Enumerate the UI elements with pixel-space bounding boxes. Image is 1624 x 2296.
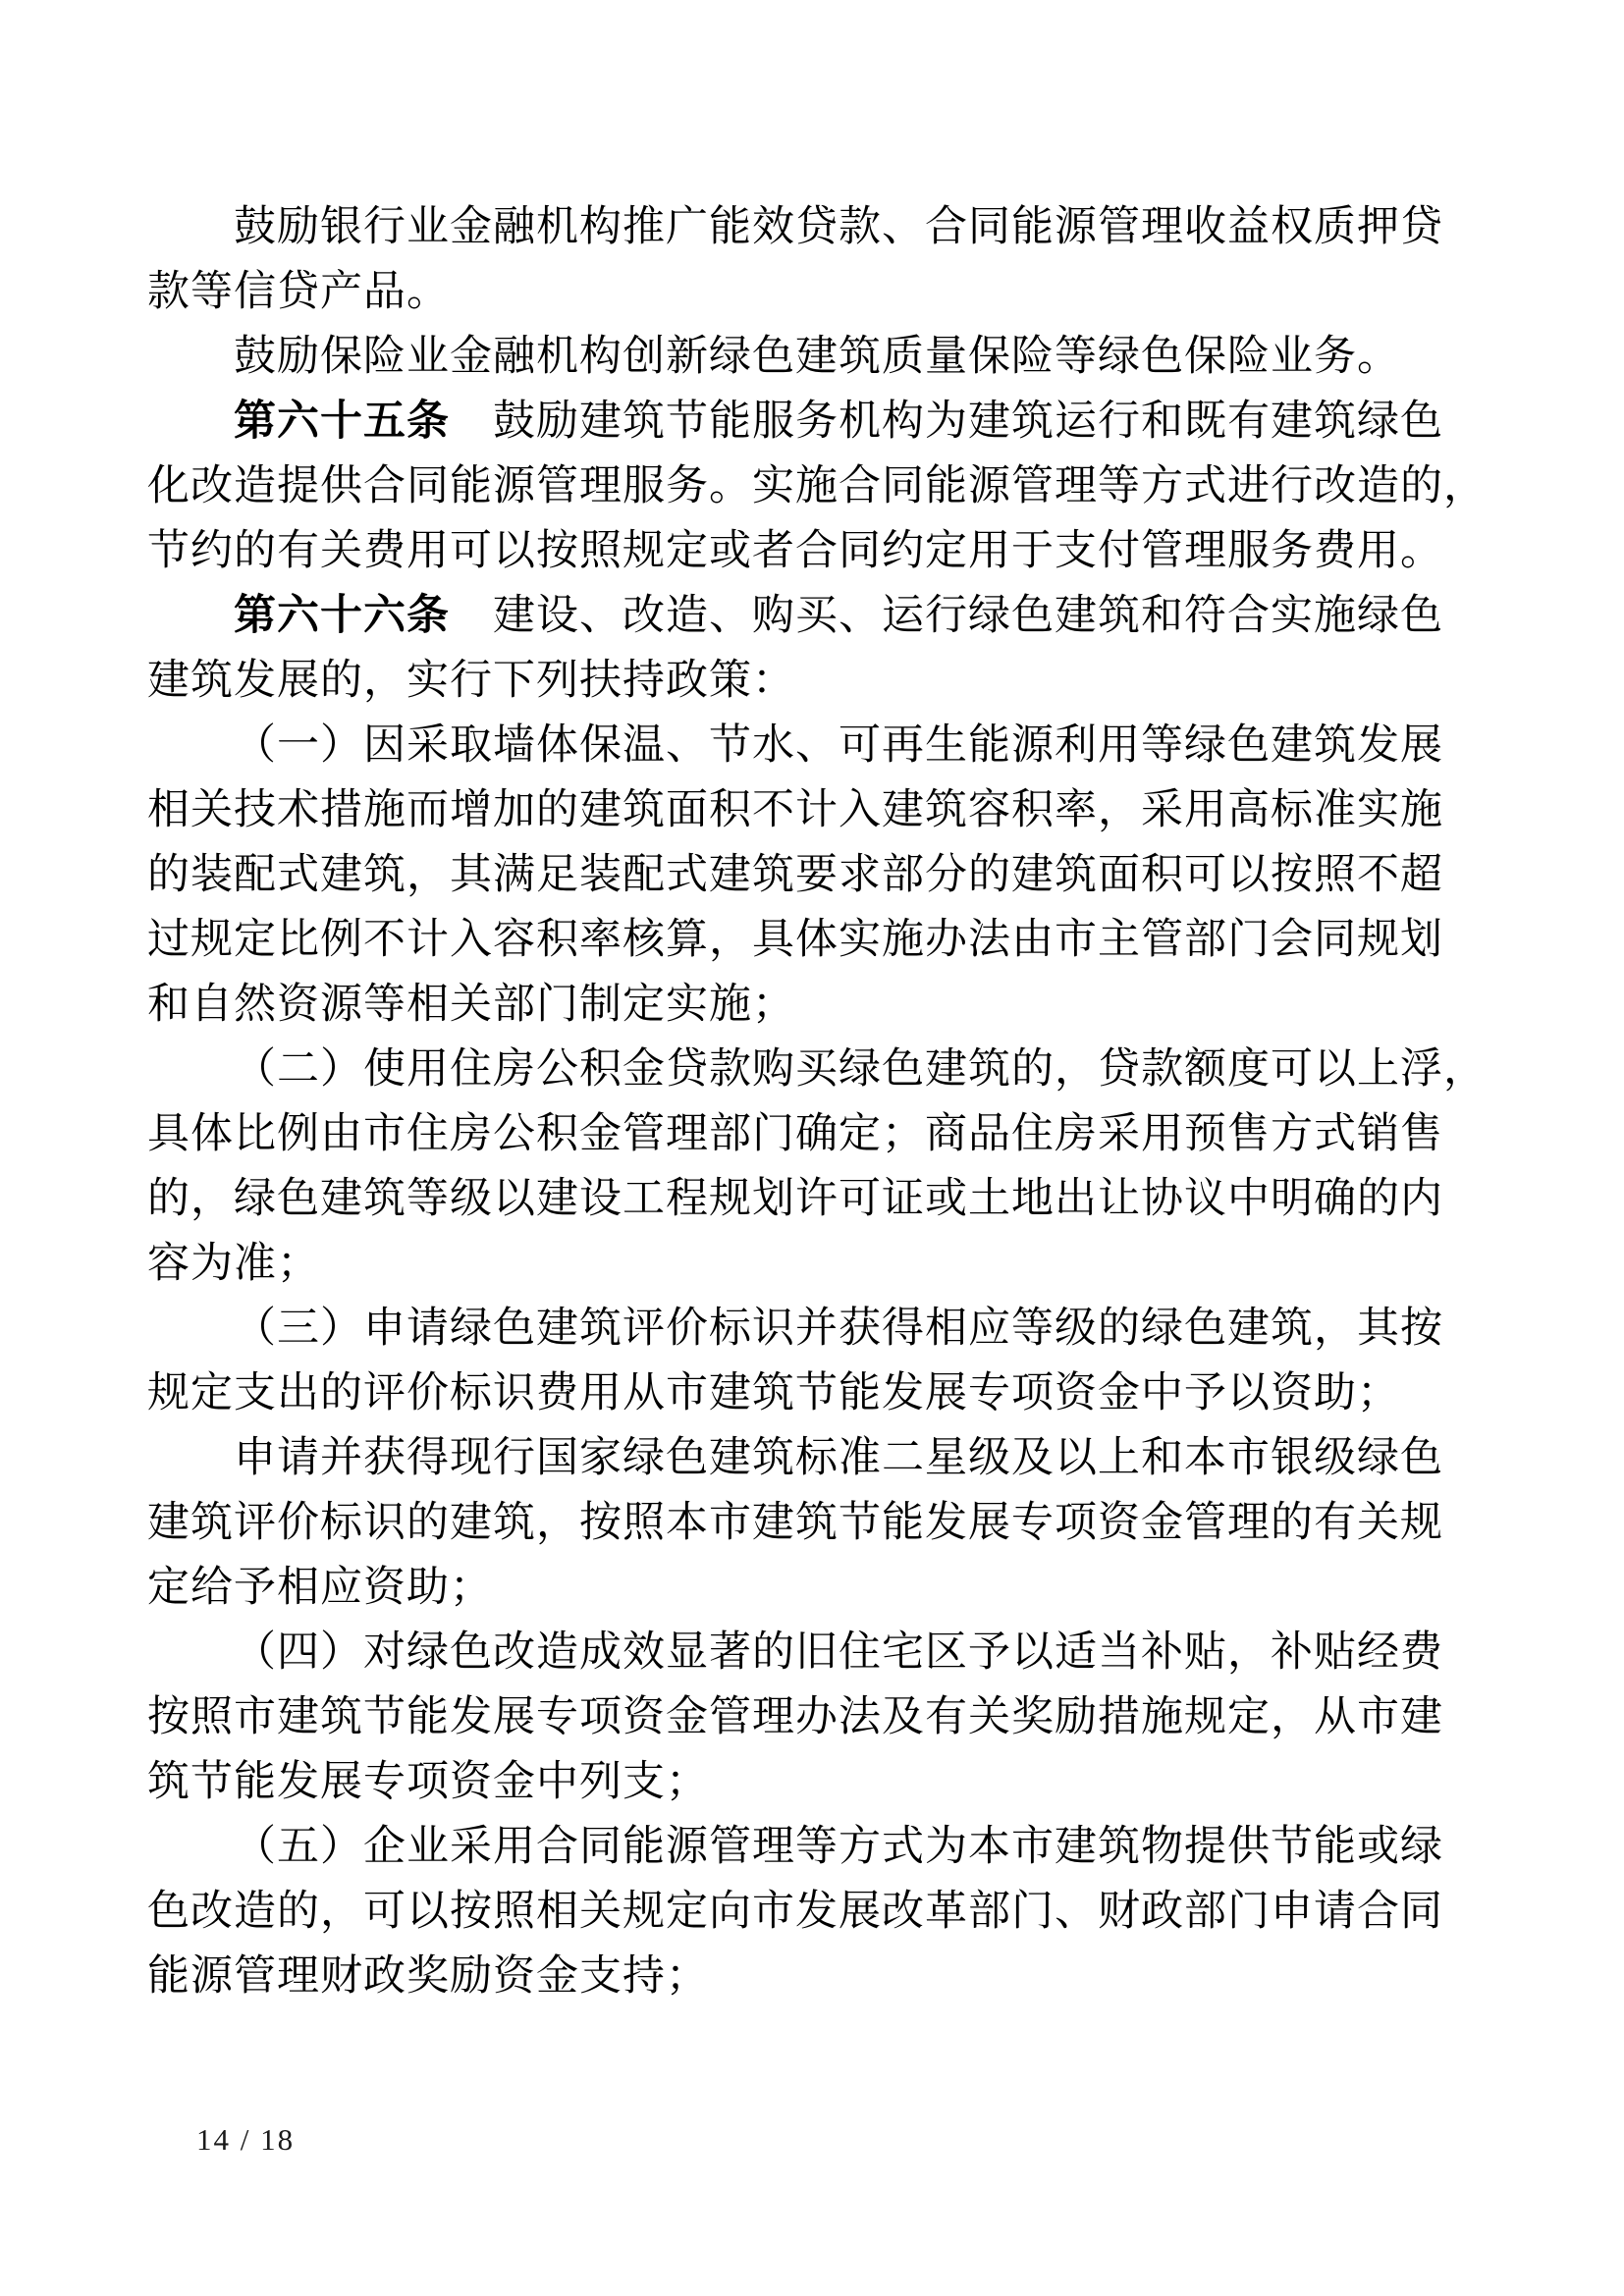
- line-text: 建设、改造、购买、运行绿色建筑和符合实施绿色: [493, 591, 1443, 640]
- document-page: 鼓励银行业金融机构推广能效贷款、合同能源管理收益权质押贷 款等信贷产品。 鼓励保…: [0, 0, 1624, 2296]
- text-line: 规定支出的评价标识费用从市建筑节能发展专项资金中予以资助；: [147, 1361, 1488, 1425]
- line-text: 鼓励建筑节能服务机构为建筑运行和既有建筑绿色: [493, 397, 1443, 446]
- article-number: 第六十五条: [234, 397, 450, 446]
- text-line: 的，绿色建筑等级以建设工程规划许可证或土地出让协议中明确的内: [147, 1166, 1488, 1231]
- line-text: 款等信贷产品。: [147, 267, 450, 316]
- line-text: （五）企业采用合同能源管理等方式为本市建筑物提供节能或绿: [234, 1822, 1443, 1871]
- line-text: 鼓励银行业金融机构推广能效贷款、合同能源管理收益权质押贷: [234, 202, 1443, 251]
- line-text: （二）使用住房公积金贷款购买绿色建筑的，贷款额度可以上浮，: [234, 1044, 1487, 1094]
- line-text: （一）因采取墙体保温、节水、可再生能源利用等绿色建筑发展: [234, 721, 1443, 770]
- line-text: 和自然资源等相关部门制定实施；: [147, 980, 795, 1029]
- text-line-item-2: （二）使用住房公积金贷款购买绿色建筑的，贷款额度可以上浮，: [147, 1037, 1488, 1101]
- text-line: 筑节能发展专项资金中列支；: [147, 1749, 1488, 1814]
- line-text: 建筑发展的，实行下列扶持政策：: [147, 656, 795, 705]
- line-text: 规定支出的评价标识费用从市建筑节能发展专项资金中予以资助；: [147, 1368, 1400, 1417]
- text-line: 能源管理财政奖励资金支持；: [147, 1944, 1488, 2008]
- line-text: 化改造提供合同能源管理服务。实施合同能源管理等方式进行改造的，: [147, 461, 1487, 510]
- text-line-item-3: （三）申请绿色建筑评价标识并获得相应等级的绿色建筑，其按: [147, 1296, 1488, 1361]
- line-text: 鼓励保险业金融机构创新绿色建筑质量保险等绿色保险业务。: [234, 332, 1400, 381]
- text-line-article-66: 第六十六条建设、改造、购买、运行绿色建筑和符合实施绿色: [147, 583, 1488, 648]
- text-line: 的装配式建筑，其满足装配式建筑要求部分的建筑面积可以按照不超: [147, 842, 1488, 907]
- line-text: 色改造的，可以按照相关规定向市发展改革部门、财政部门申请合同: [147, 1887, 1443, 1936]
- text-line-item-5: （五）企业采用合同能源管理等方式为本市建筑物提供节能或绿: [147, 1814, 1488, 1879]
- text-line-item-4: （四）对绿色改造成效显著的旧住宅区予以适当补贴，补贴经费: [147, 1620, 1488, 1684]
- text-line: 容为准；: [147, 1231, 1488, 1296]
- line-text: 过规定比例不计入容积率核算，具体实施办法由市主管部门会同规划: [147, 915, 1443, 964]
- text-line-item-1: （一）因采取墙体保温、节水、可再生能源利用等绿色建筑发展: [147, 713, 1488, 777]
- text-line: 按照市建筑节能发展专项资金管理办法及有关奖励措施规定，从市建: [147, 1684, 1488, 1749]
- line-text: 的，绿色建筑等级以建设工程规划许可证或土地出让协议中明确的内: [147, 1174, 1443, 1223]
- article-number: 第六十六条: [234, 591, 450, 640]
- text-line: 和自然资源等相关部门制定实施；: [147, 972, 1488, 1037]
- line-text: 申请并获得现行国家绿色建筑标准二星级及以上和本市银级绿色: [234, 1433, 1443, 1482]
- text-line: 过规定比例不计入容积率核算，具体实施办法由市主管部门会同规划: [147, 907, 1488, 972]
- line-text: 建筑评价标识的建筑，按照本市建筑节能发展专项资金管理的有关规: [147, 1498, 1443, 1547]
- text-line: 化改造提供合同能源管理服务。实施合同能源管理等方式进行改造的，: [147, 454, 1488, 518]
- text-line: 色改造的，可以按照相关规定向市发展改革部门、财政部门申请合同: [147, 1879, 1488, 1944]
- line-text: （三）申请绿色建筑评价标识并获得相应等级的绿色建筑，其按: [234, 1304, 1443, 1353]
- line-text: 筑节能发展专项资金中列支；: [147, 1757, 709, 1806]
- line-text: 的装配式建筑，其满足装配式建筑要求部分的建筑面积可以按照不超: [147, 850, 1443, 899]
- line-text: 定给予相应资助；: [147, 1563, 493, 1612]
- text-line: 定给予相应资助；: [147, 1555, 1488, 1620]
- document-body: 鼓励银行业金融机构推广能效贷款、合同能源管理收益权质押贷 款等信贷产品。 鼓励保…: [147, 194, 1488, 2008]
- line-text: 容为准；: [147, 1239, 320, 1288]
- text-line: 建筑评价标识的建筑，按照本市建筑节能发展专项资金管理的有关规: [147, 1490, 1488, 1555]
- text-line: 申请并获得现行国家绿色建筑标准二星级及以上和本市银级绿色: [147, 1425, 1488, 1490]
- text-line: 款等信贷产品。: [147, 259, 1488, 324]
- text-line: 建筑发展的，实行下列扶持政策：: [147, 648, 1488, 713]
- line-text: 节约的有关费用可以按照规定或者合同约定用于支付管理服务费用。: [147, 526, 1443, 575]
- page-number: 14 / 18: [196, 2122, 295, 2157]
- line-text: 按照市建筑节能发展专项资金管理办法及有关奖励措施规定，从市建: [147, 1692, 1443, 1741]
- line-text: 具体比例由市住房公积金管理部门确定；商品住房采用预售方式销售: [147, 1109, 1443, 1158]
- text-line: 节约的有关费用可以按照规定或者合同约定用于支付管理服务费用。: [147, 518, 1488, 583]
- text-line: 相关技术措施而增加的建筑面积不计入建筑容积率，采用高标准实施: [147, 777, 1488, 842]
- page-footer: 14 / 18: [196, 2118, 295, 2162]
- text-line: 鼓励保险业金融机构创新绿色建筑质量保险等绿色保险业务。: [147, 324, 1488, 389]
- text-line-article-65: 第六十五条鼓励建筑节能服务机构为建筑运行和既有建筑绿色: [147, 389, 1488, 454]
- line-text: 相关技术措施而增加的建筑面积不计入建筑容积率，采用高标准实施: [147, 785, 1443, 834]
- text-line: 鼓励银行业金融机构推广能效贷款、合同能源管理收益权质押贷: [147, 194, 1488, 259]
- line-text: （四）对绿色改造成效显著的旧住宅区予以适当补贴，补贴经费: [234, 1628, 1443, 1677]
- text-line: 具体比例由市住房公积金管理部门确定；商品住房采用预售方式销售: [147, 1101, 1488, 1166]
- line-text: 能源管理财政奖励资金支持；: [147, 1951, 709, 2001]
